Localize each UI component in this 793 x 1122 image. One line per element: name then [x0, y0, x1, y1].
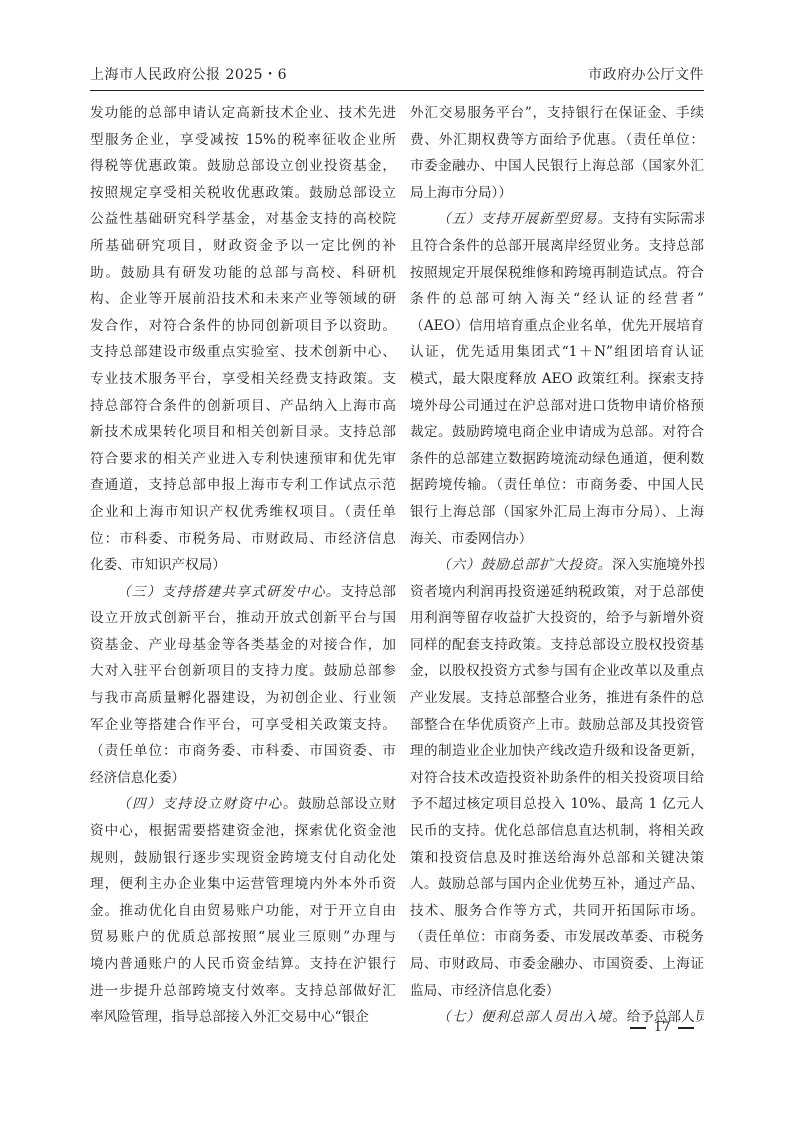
paragraph-text: 认证，优先适用集团式“1＋N”组团培育认证 — [410, 344, 704, 360]
paragraph-text: 局上海市分局）） — [410, 185, 512, 201]
text-line: 经济信息化委） — [90, 765, 396, 792]
text-line: 理，便利主办企业集中运营管理境内外本外币资 — [90, 871, 396, 898]
text-line: 对符合技术改造投资补助条件的相关投资项目给 — [410, 765, 704, 792]
text-line: 得税等优惠政策。鼓励总部设立创业投资基金， — [90, 153, 396, 180]
paragraph-text: 公益性基础研究科学基金，对基金支持的高校院 — [90, 211, 396, 227]
paragraph-text: 发合作，对符合条件的协同创新项目予以资助。 — [90, 318, 396, 334]
paragraph-text: 资基金、产业母基金等各类基金的对接合作，加 — [90, 637, 396, 653]
paragraph-text: 资中心，根据需要搭建资金池，探索优化资金池 — [90, 823, 396, 839]
text-line: 助。鼓励具有研发功能的总部与高校、科研机 — [90, 260, 396, 287]
paragraph-text: 费、外汇期权费等方面给予优惠。（责任单位： — [410, 132, 704, 148]
text-line: 进一步提升总部跨境支付效率。支持总部做好汇 — [90, 978, 396, 1005]
text-line: 裁定。鼓励跨境电商企业申请成为总部。对符合 — [410, 419, 704, 446]
paragraph-text: 进一步提升总部跨境支付效率。支持总部做好汇 — [90, 983, 396, 999]
text-line: 发合作，对符合条件的协同创新项目予以资助。 — [90, 313, 396, 340]
page-number: 17 — [654, 1020, 671, 1035]
paragraph-text: 人。鼓励总部与国内企业优势互补，通过产品、 — [410, 876, 704, 892]
paragraph-text: 所基础研究项目，财政资金予以一定比例的补 — [90, 238, 396, 254]
text-line: 境外母公司通过在沪总部对进口货物申请价格预 — [410, 393, 704, 420]
text-line: 产业发展。支持总部整合业务，推进有条件的总 — [410, 685, 704, 712]
paragraph-text: 型服务企业，享受减按 15%的税率征收企业所 — [90, 132, 396, 148]
paragraph-text: 部整合在华优质资产上市。鼓励总部及其投资管 — [410, 717, 704, 733]
text-line: 按照规定开展保税维修和跨境再制造试点。符合 — [410, 260, 704, 287]
text-line: 与我市高质量孵化器建设，为初创企业、行业领 — [90, 685, 396, 712]
text-line: 化委、市知识产权局） — [90, 552, 396, 579]
text-line: 人。鼓励总部与国内企业优势互补，通过产品、 — [410, 871, 704, 898]
text-line: 贸易账户的优质总部按照“展业三原则”办理与 — [90, 924, 396, 951]
text-line: 予不超过核定项目总投入 10%、最高 1 亿元人 — [410, 791, 704, 818]
paragraph-text: 发功能的总部申请认定高新技术企业、技术先进 — [90, 105, 396, 121]
paragraph-text: 助。鼓励具有研发功能的总部与高校、科研机 — [90, 265, 396, 281]
text-line: 按照规定享受相关税收优惠政策。鼓励总部设立 — [90, 180, 396, 207]
paragraph-text: 海关、市委网信办） — [410, 531, 532, 547]
paragraph-text: 外汇交易服务平台”，支持银行在保证金、手续 — [410, 105, 704, 121]
text-line: 所基础研究项目，财政资金予以一定比例的补 — [90, 233, 396, 260]
section-heading: （六）鼓励总部扩大投资。 — [437, 557, 612, 573]
text-line: 部整合在华优质资产上市。鼓励总部及其投资管 — [410, 712, 704, 739]
text-line: 持总部符合条件的创新项目、产品纳入上海市高 — [90, 393, 396, 420]
paragraph-text: 策和投资信息及时推送给海外总部和关键决策 — [410, 850, 704, 866]
paragraph-text: 深入实施境外投 — [612, 557, 704, 573]
text-line: 认证，优先适用集团式“1＋N”组团培育认证 — [410, 339, 704, 366]
text-line: 市委金融办、中国人民银行上海总部（国家外汇 — [410, 153, 704, 180]
text-line: 条件的总部可纳入海关“经认证的经营者” — [410, 286, 704, 313]
paragraph-text: 理的制造业企业加快产线改造升级和设备更新， — [410, 743, 704, 759]
section-heading-line: （四）支持设立财资中心。鼓励总部设立财 — [90, 791, 396, 818]
paragraph-text: 得税等优惠政策。鼓励总部设立创业投资基金， — [90, 158, 396, 174]
paragraph-text: 化委、市知识产权局） — [90, 557, 226, 573]
paragraph-text: 构、企业等开展前沿技术和未来产业等领域的研 — [90, 291, 396, 307]
text-line: （AEO）信用培育重点企业名单，优先开展培育 — [410, 313, 704, 340]
text-line: 企业和上海市知识产权优秀维权项目。（责任单 — [90, 499, 396, 526]
text-line: 资基金、产业母基金等各类基金的对接合作，加 — [90, 632, 396, 659]
paragraph-text: 条件的总部可纳入海关“经认证的经营者” — [410, 291, 704, 307]
text-line: 策和投资信息及时推送给海外总部和关键决策 — [410, 845, 704, 872]
text-line: 局上海市分局）） — [410, 180, 704, 207]
paragraph-text: 用利润等留存收益扩大投资的，给予与新增外资 — [410, 610, 704, 626]
section-heading: （五）支持开展新型贸易。 — [437, 211, 612, 227]
text-line: 查通道，支持总部申报上海市专利工作试点示范 — [90, 472, 396, 499]
paragraph-text: 支持总部 — [341, 584, 396, 600]
text-line: 技术、服务合作等方式，共同开拓国际市场。 — [410, 898, 704, 925]
section-heading: （七）便利总部人员出入境。 — [437, 1009, 627, 1025]
text-line: 设立开放式创新平台，推动开放式创新平台与国 — [90, 605, 396, 632]
paragraph-text: 规则，鼓励银行逐步实现资金跨境支付自动化处 — [90, 850, 396, 866]
text-line: 模式，最大限度释放 AEO 政策红利。探索支持 — [410, 366, 704, 393]
paragraph-text: 支持总部建设市级重点实验室、技术创新中心、 — [90, 344, 396, 360]
paragraph-text: （责任单位：市商务委、市科委、市国资委、市 — [90, 743, 396, 759]
paragraph-text: 条件的总部建立数据跨境流动绿色通道，便利数 — [410, 451, 704, 467]
text-line: 海关、市委网信办） — [410, 526, 704, 553]
text-line: 金，以股权投资方式参与国有企业改革以及重点 — [410, 658, 704, 685]
paragraph-text: 资者境内利润再投资递延纳税政策，对于总部使 — [410, 584, 704, 600]
paragraph-text: 按照规定享受相关税收优惠政策。鼓励总部设立 — [90, 185, 396, 201]
paragraph-text: 市委金融办、中国人民银行上海总部（国家外汇 — [410, 158, 704, 174]
section-title: 市政府办公厅文件 — [588, 64, 704, 84]
text-line: 监局、市经济信息化委） — [410, 978, 704, 1005]
text-line: 银行上海总部（国家外汇局上海市分局）、上海 — [410, 499, 704, 526]
text-line: （责任单位：市商务委、市发展改革委、市税务 — [410, 924, 704, 951]
right-column: 外汇交易服务平台”，支持银行在保证金、手续费、外汇期权费等方面给予优惠。（责任单… — [410, 100, 704, 1031]
paragraph-text: 银行上海总部（国家外汇局上海市分局）、上海 — [410, 504, 704, 520]
paragraph-text: 与我市高质量孵化器建设，为初创企业、行业领 — [90, 690, 396, 706]
text-line: 发功能的总部申请认定高新技术企业、技术先进 — [90, 100, 396, 127]
paragraph-text: 经济信息化委） — [90, 770, 185, 786]
text-line: 资中心，根据需要搭建资金池，探索优化资金池 — [90, 818, 396, 845]
paragraph-text: 大对入驻平台创新项目的支持力度。鼓励总部参 — [90, 663, 396, 679]
dash-right — [678, 1027, 694, 1029]
text-line: 型服务企业，享受减按 15%的税率征收企业所 — [90, 127, 396, 154]
text-line: 大对入驻平台创新项目的支持力度。鼓励总部参 — [90, 658, 396, 685]
paragraph-text: 局、市财政局、市委金融办、市国资委、上海证 — [410, 956, 704, 972]
page-footer: 17 — [620, 1020, 704, 1035]
text-line: 费、外汇期权费等方面给予优惠。（责任单位： — [410, 127, 704, 154]
paragraph-text: 金。推动优化自由贸易账户功能，对于开立自由 — [90, 903, 396, 919]
paragraph-text: 产业发展。支持总部整合业务，推进有条件的总 — [410, 690, 704, 706]
text-line: 构、企业等开展前沿技术和未来产业等领域的研 — [90, 286, 396, 313]
paragraph-text: 境外母公司通过在沪总部对进口货物申请价格预 — [410, 398, 704, 414]
left-column: 发功能的总部申请认定高新技术企业、技术先进型服务企业，享受减按 15%的税率征收… — [90, 100, 396, 1031]
text-line: 局、市财政局、市委金融办、市国资委、上海证 — [410, 951, 704, 978]
paragraph-text: 金，以股权投资方式参与国有企业改革以及重点 — [410, 663, 704, 679]
text-line: 新技术成果转化项目和相关创新目录。支持总部 — [90, 419, 396, 446]
paragraph-text: 专业技术服务平台，享受相关经费支持政策。支 — [90, 371, 396, 387]
paragraph-text: 技术、服务合作等方式，共同开拓国际市场。 — [410, 903, 704, 919]
paragraph-text: 按照规定开展保税维修和跨境再制造试点。符合 — [410, 265, 704, 281]
text-line: 专业技术服务平台，享受相关经费支持政策。支 — [90, 366, 396, 393]
text-line: 支持总部建设市级重点实验室、技术创新中心、 — [90, 339, 396, 366]
text-line: 金。推动优化自由贸易账户功能，对于开立自由 — [90, 898, 396, 925]
paragraph-text: 裁定。鼓励跨境电商企业申请成为总部。对符合 — [410, 424, 704, 440]
section-heading: （三）支持搭建共享式研发中心。 — [117, 584, 341, 600]
paragraph-text: 符合要求的相关产业进入专利快速预审和优先审 — [90, 451, 396, 467]
text-line: 境内普通账户的人民币资金结算。支持在沪银行 — [90, 951, 396, 978]
dash-left — [630, 1027, 646, 1029]
paragraph-text: 予不超过核定项目总投入 10%、最高 1 亿元人 — [410, 796, 704, 812]
paragraph-text: 民币的支持。优化总部信息直达机制，将相关政 — [410, 823, 704, 839]
paragraph-text: 支持有实际需求 — [612, 211, 704, 227]
text-line: （责任单位：市商务委、市科委、市国资委、市 — [90, 738, 396, 765]
paragraph-text: （AEO）信用培育重点企业名单，优先开展培育 — [410, 318, 704, 334]
publication-title: 上海市人民政府公报 2025・6 — [90, 64, 287, 84]
paragraph-text: 率风险管理，指导总部接入外汇交易中心“银企 — [90, 1009, 369, 1025]
paragraph-text: 查通道，支持总部申报上海市专利工作试点示范 — [90, 477, 396, 493]
paragraph-text: （责任单位：市商务委、市发展改革委、市税务 — [410, 929, 704, 945]
text-line: 且符合条件的总部开展离岸经贸业务。支持总部 — [410, 233, 704, 260]
paragraph-text: 同样的配套支持政策。支持总部设立股权投资基 — [410, 637, 704, 653]
paragraph-text: 鼓励总部设立财 — [298, 796, 396, 812]
paragraph-text: 监局、市经济信息化委） — [410, 983, 560, 999]
text-line: 用利润等留存收益扩大投资的，给予与新增外资 — [410, 605, 704, 632]
section-heading-line: （六）鼓励总部扩大投资。深入实施境外投 — [410, 552, 704, 579]
section-heading: （四）支持设立财资中心。 — [117, 796, 298, 812]
header-divider — [90, 90, 704, 91]
text-line: 同样的配套支持政策。支持总部设立股权投资基 — [410, 632, 704, 659]
paragraph-text: 模式，最大限度释放 AEO 政策红利。探索支持 — [410, 371, 704, 387]
running-header: 上海市人民政府公报 2025・6 市政府办公厅文件 — [90, 62, 704, 86]
paragraph-text: 且符合条件的总部开展离岸经贸业务。支持总部 — [410, 238, 704, 254]
text-line: 民币的支持。优化总部信息直达机制，将相关政 — [410, 818, 704, 845]
paragraph-text: 境内普通账户的人民币资金结算。支持在沪银行 — [90, 956, 396, 972]
paragraph-text: 对符合技术改造投资补助条件的相关投资项目给 — [410, 770, 704, 786]
paragraph-text: 据跨境传输。（责任单位：市商务委、中国人民 — [410, 477, 704, 493]
text-line: 公益性基础研究科学基金，对基金支持的高校院 — [90, 206, 396, 233]
section-heading-line: （三）支持搭建共享式研发中心。支持总部 — [90, 579, 396, 606]
text-line: 理的制造业企业加快产线改造升级和设备更新， — [410, 738, 704, 765]
text-line: 条件的总部建立数据跨境流动绿色通道，便利数 — [410, 446, 704, 473]
text-line: 规则，鼓励银行逐步实现资金跨境支付自动化处 — [90, 845, 396, 872]
paragraph-text: 持总部符合条件的创新项目、产品纳入上海市高 — [90, 398, 396, 414]
paragraph-text: 位：市科委、市税务局、市财政局、市经济信息 — [90, 531, 396, 547]
paragraph-text: 贸易账户的优质总部按照“展业三原则”办理与 — [90, 929, 396, 945]
text-line: 位：市科委、市税务局、市财政局、市经济信息 — [90, 526, 396, 553]
paragraph-text: 理，便利主办企业集中运营管理境内外本外币资 — [90, 876, 396, 892]
text-line: 率风险管理，指导总部接入外汇交易中心“银企 — [90, 1004, 396, 1031]
paragraph-text: 企业和上海市知识产权优秀维权项目。（责任单 — [90, 504, 396, 520]
paragraph-text: 设立开放式创新平台，推动开放式创新平台与国 — [90, 610, 396, 626]
text-line: 外汇交易服务平台”，支持银行在保证金、手续 — [410, 100, 704, 127]
paragraph-text: 军企业等搭建合作平台，可享受相关政策支持。 — [90, 717, 396, 733]
text-line: 军企业等搭建合作平台，可享受相关政策支持。 — [90, 712, 396, 739]
text-line: 资者境内利润再投资递延纳税政策，对于总部使 — [410, 579, 704, 606]
section-heading-line: （五）支持开展新型贸易。支持有实际需求 — [410, 206, 704, 233]
paragraph-text: 新技术成果转化项目和相关创新目录。支持总部 — [90, 424, 396, 440]
text-line: 符合要求的相关产业进入专利快速预审和优先审 — [90, 446, 396, 473]
text-line: 据跨境传输。（责任单位：市商务委、中国人民 — [410, 472, 704, 499]
